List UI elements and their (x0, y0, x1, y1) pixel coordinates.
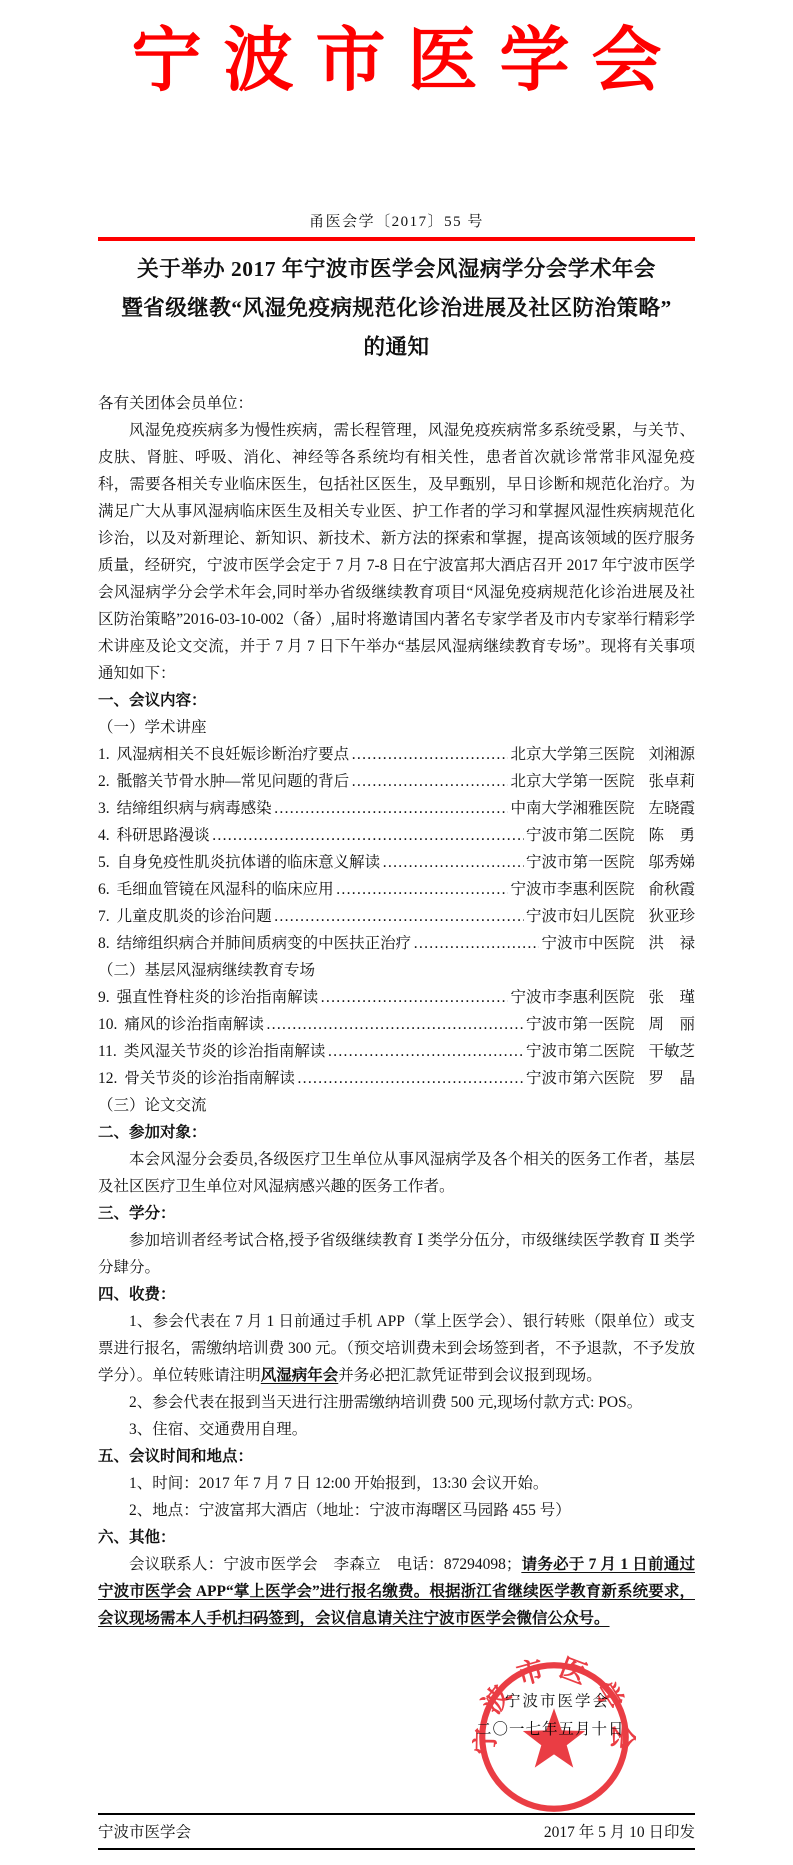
lecture-speaker: 陈 勇 (648, 822, 695, 849)
lecture-title: 类风湿关节炎的诊治指南解读 (124, 1038, 326, 1065)
section-6-heading: 六、其他： (98, 1524, 695, 1551)
lecture-row: 11. 类风湿关节炎的诊治指南解读 …………………………………………………………… (98, 1038, 695, 1065)
lecture-speaker: 邬秀娣 (648, 849, 695, 876)
lecture-number: 11. (98, 1038, 117, 1065)
fee-item-1-tail: 并务必把汇款凭证带到会议报到现场。 (338, 1367, 602, 1384)
fee-item-1-emphasis: 风湿病年会 (261, 1367, 339, 1384)
lecture-number: 5. (98, 849, 110, 876)
lecture-speaker: 罗 晶 (648, 1065, 695, 1092)
lecture-number: 3. (98, 795, 110, 822)
lecture-title: 毛细血管镜在风湿科的临床应用 (117, 876, 334, 903)
lecture-title: 骨关节炎的诊治指南解读 (124, 1065, 295, 1092)
lecture-number: 2. (98, 768, 110, 795)
lecture-hospital: 宁波市李惠利医院 (510, 984, 634, 1011)
official-stamp: 宁波市医学会 (472, 1655, 636, 1819)
section-6-text: 会议联系人：宁波市医学会 李森立 电话：87294098；请务必于 7 月 1 … (98, 1551, 695, 1632)
lecture-hospital: 宁波市第二医院 (526, 822, 635, 849)
lecture-speaker: 张 瑾 (648, 984, 695, 1011)
leader-dots: …………………………………………………………………………………………………………… (320, 984, 508, 1011)
lecture-row: 4. 科研思路漫谈 ………………………………………………………………………………… (98, 822, 695, 849)
lecture-hospital: 宁波市第二医院 (526, 1038, 635, 1065)
notice-title: 关于举办 2017 年宁波市医学会风湿病学分会学术年会 暨省级继教“风湿免疫病规… (50, 250, 743, 367)
stamp-star-icon (523, 1708, 585, 1767)
lecture-title: 骶髂关节骨水肿—常见问题的背后 (117, 768, 350, 795)
leader-dots: …………………………………………………………………………………………………………… (266, 1011, 524, 1038)
lecture-row: 5. 自身免疫性肌炎抗体谱的临床意义解读 …………………………………………………… (98, 849, 695, 876)
red-divider (98, 237, 695, 241)
lecture-speaker: 左晓霞 (648, 795, 695, 822)
lecture-row: 8. 结缔组织病合并肺间质病变的中医扶正治疗 ……………………………………………… (98, 930, 695, 957)
footer: 宁波市医学会 2017 年 5 月 10 日印发 (98, 1820, 695, 1846)
notice-body: 各有关团体会员单位： 风湿免疫疾病多为慢性疾病，需长程管理，风湿免疫疾病常多系统… (98, 390, 695, 1632)
notice-title-line2: 暨省级继教“风湿免疫病规范化诊治进展及社区防治策略” (50, 289, 743, 328)
leader-dots: …………………………………………………………………………………………………………… (274, 903, 524, 930)
lecture-hospital: 宁波市第一医院 (526, 1011, 635, 1038)
lecture-speaker: 洪 禄 (648, 930, 695, 957)
lecture-hospital: 宁波市李惠利医院 (510, 876, 634, 903)
lecture-hospital: 北京大学第三医院 (510, 741, 634, 768)
section-3-text: 参加培训者经考试合格,授予省级继续教育 Ⅰ 类学分伍分，市级继续医学教育 Ⅱ 类… (98, 1227, 695, 1281)
lecture-speaker: 刘湘源 (648, 741, 695, 768)
section-1-heading: 一、会议内容： (98, 687, 695, 714)
section-4-item-1: 1、参会代表在 7 月 1 日前通过手机 APP（掌上医学会）、银行转账（限单位… (98, 1308, 695, 1389)
lecture-hospital: 宁波市妇儿医院 (526, 903, 635, 930)
lecture-speaker: 周 丽 (648, 1011, 695, 1038)
lecture-speaker: 张卓莉 (648, 768, 695, 795)
lecture-row: 12. 骨关节炎的诊治指南解读 ………………………………………………………………… (98, 1065, 695, 1092)
lecture-hospital: 宁波市中医院 (541, 930, 634, 957)
lecture-speaker: 狄亚珍 (648, 903, 695, 930)
lecture-number: 9. (98, 984, 110, 1011)
leader-dots: …………………………………………………………………………………………………………… (351, 768, 508, 795)
lecture-number: 4. (98, 822, 110, 849)
lecture-row: 6. 毛细血管镜在风湿科的临床应用 …………………………………………………………… (98, 876, 695, 903)
lecture-hospital: 北京大学第一医院 (510, 768, 634, 795)
lecture-title: 儿童皮肌炎的诊治问题 (117, 903, 272, 930)
lecture-row: 9. 强直性脊柱炎的诊治指南解读 ……………………………………………………………… (98, 984, 695, 1011)
lecture-speaker: 俞秋霞 (648, 876, 695, 903)
contact-info: 会议联系人：宁波市医学会 李森立 电话：87294098； (129, 1556, 521, 1573)
section-5-item-1: 1、时间：2017 年 7 月 7 日 12:00 开始报到，13:30 会议开… (98, 1470, 695, 1497)
lecture-title: 强直性脊柱炎的诊治指南解读 (117, 984, 319, 1011)
lecture-row: 3. 结缔组织病与病毒感染 ……………………………………………………………………… (98, 795, 695, 822)
lecture-number: 1. (98, 741, 110, 768)
section-2-text: 本会风湿分会委员,各级医疗卫生单位从事风湿病学及各个相关的医务工作者，基层及社区… (98, 1146, 695, 1200)
leader-dots: …………………………………………………………………………………………………………… (351, 741, 508, 768)
section-5-item-2: 2、地点：宁波富邦大酒店（地址：宁波市海曙区马园路 455 号） (98, 1497, 695, 1524)
lecture-title: 结缔组织病与病毒感染 (117, 795, 272, 822)
lecture-title: 自身免疫性肌炎抗体谱的临床意义解读 (117, 849, 381, 876)
doc-number: 甬医会学〔2017〕55 号 (0, 210, 793, 231)
lecture-subsection-1: （一）学术讲座 (98, 714, 695, 741)
leader-dots: …………………………………………………………………………………………………………… (274, 795, 509, 822)
lecture-list-part1: 1. 风湿病相关不良妊娠诊断治疗要点 ………………………………………………………… (98, 741, 695, 957)
notice-document: 宁波市医学会 甬医会学〔2017〕55 号 关于举办 2017 年宁波市医学会风… (0, 0, 793, 1865)
lecture-hospital: 中南大学湘雅医院 (510, 795, 634, 822)
lecture-list-part2: 9. 强直性脊柱炎的诊治指南解读 ……………………………………………………………… (98, 984, 695, 1092)
lecture-title: 结缔组织病合并肺间质病变的中医扶正治疗 (117, 930, 412, 957)
org-title: 宁波市医学会 (0, 4, 793, 105)
leader-dots: …………………………………………………………………………………………………………… (212, 822, 524, 849)
footer-print-date: 2017 年 5 月 10 日印发 (544, 1820, 695, 1846)
footer-divider-bottom (98, 1848, 695, 1850)
section-2-heading: 二、参加对象： (98, 1119, 695, 1146)
section-4-item-2: 2、参会代表在报到当天进行注册需缴纳培训费 500 元,现场付款方式: POS。 (98, 1389, 695, 1416)
notice-title-line1: 关于举办 2017 年宁波市医学会风湿病学分会学术年会 (50, 250, 743, 289)
leader-dots: …………………………………………………………………………………………………………… (327, 1038, 524, 1065)
footer-org: 宁波市医学会 (98, 1820, 191, 1846)
lecture-number: 12. (98, 1065, 117, 1092)
leader-dots: …………………………………………………………………………………………………………… (297, 1065, 524, 1092)
section-4-heading: 四、收费： (98, 1281, 695, 1308)
section-5-heading: 五、会议时间和地点： (98, 1443, 695, 1470)
lecture-number: 8. (98, 930, 110, 957)
lecture-hospital: 宁波市第一医院 (526, 849, 635, 876)
lecture-hospital: 宁波市第六医院 (526, 1065, 635, 1092)
section-4-item-3: 3、住宿、交通费用自理。 (98, 1416, 695, 1443)
footer-divider-top (98, 1813, 695, 1815)
section-3-heading: 三、学分： (98, 1200, 695, 1227)
lecture-row: 7. 儿童皮肌炎的诊治问题 ……………………………………………………………………… (98, 903, 695, 930)
salutation: 各有关团体会员单位： (98, 390, 695, 417)
leader-dots: …………………………………………………………………………………………………………… (336, 876, 509, 903)
lecture-subsection-3: （三）论文交流 (98, 1092, 695, 1119)
leader-dots: …………………………………………………………………………………………………………… (382, 849, 524, 876)
lecture-title: 痛风的诊治指南解读 (124, 1011, 264, 1038)
lecture-speaker: 干敏芝 (648, 1038, 695, 1065)
lecture-row: 10. 痛风的诊治指南解读 ……………………………………………………………………… (98, 1011, 695, 1038)
lecture-title: 科研思路漫谈 (117, 822, 210, 849)
intro-paragraph: 风湿免疫疾病多为慢性疾病，需长程管理，风湿免疫疾病常多系统受累，与关节、皮肤、肾… (98, 417, 695, 687)
leader-dots: …………………………………………………………………………………………………………… (413, 930, 539, 957)
lecture-number: 7. (98, 903, 110, 930)
lecture-row: 1. 风湿病相关不良妊娠诊断治疗要点 ………………………………………………………… (98, 741, 695, 768)
lecture-subsection-2: （二）基层风湿病继续教育专场 (98, 957, 695, 984)
notice-title-line3: 的通知 (50, 328, 743, 367)
lecture-number: 6. (98, 876, 110, 903)
lecture-number: 10. (98, 1011, 117, 1038)
lecture-row: 2. 骶髂关节骨水肿—常见问题的背后 ………………………………………………………… (98, 768, 695, 795)
lecture-title: 风湿病相关不良妊娠诊断治疗要点 (117, 741, 350, 768)
